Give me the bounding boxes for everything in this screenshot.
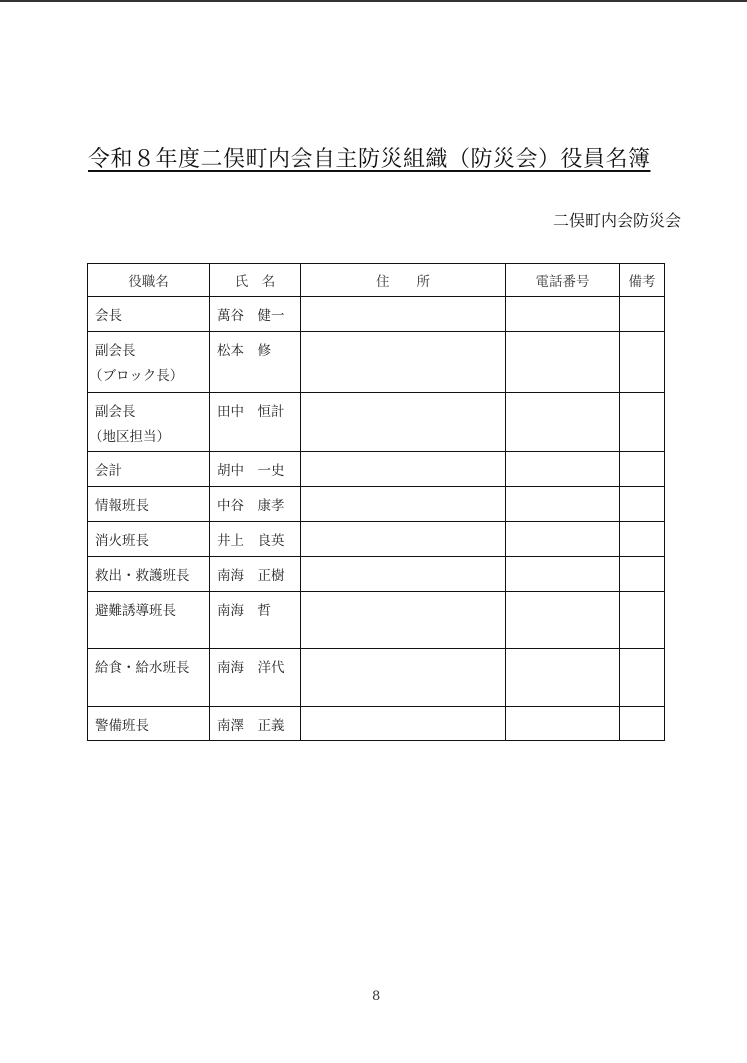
cell-note-text <box>620 332 664 337</box>
cell-phone-text <box>506 592 619 597</box>
cell-role: 会計 <box>88 452 210 487</box>
table-row: 会計胡中 一史 <box>88 452 665 487</box>
cell-note-text <box>620 522 664 527</box>
cell-name: 中谷 康孝 <box>210 487 301 522</box>
table-row: 副会長（ブロック長）松本 修 <box>88 332 665 393</box>
role-label: 警備班長 <box>88 707 209 740</box>
cell-phone <box>506 452 620 487</box>
cell-phone-text <box>506 452 619 457</box>
cell-name-text: 南海 正樹 <box>210 557 300 590</box>
cell-note <box>620 707 665 741</box>
table-row: 会長萬谷 健一 <box>88 297 665 332</box>
cell-name-text: 萬谷 健一 <box>210 297 300 330</box>
role-label: 会長 <box>88 297 209 330</box>
cell-address-text <box>301 297 505 302</box>
cell-note <box>620 522 665 557</box>
cell-role: 副会長（ブロック長） <box>88 332 210 393</box>
cell-address-text <box>301 332 505 337</box>
cell-name-text: 松本 修 <box>210 332 300 365</box>
cell-name-text: 南澤 正義 <box>210 707 300 740</box>
cell-address <box>301 297 506 332</box>
cell-address <box>301 592 506 649</box>
header-address: 住 所 <box>301 264 506 297</box>
cell-address <box>301 522 506 557</box>
role-label: 副会長 <box>88 332 209 365</box>
cell-note <box>620 452 665 487</box>
cell-note-text <box>620 557 664 562</box>
cell-name: 田中 恒計 <box>210 393 301 452</box>
cell-role: 会長 <box>88 297 210 332</box>
cell-name: 南海 洋代 <box>210 649 301 707</box>
cell-note <box>620 649 665 707</box>
cell-address <box>301 557 506 592</box>
role-label: 避難誘導班長 <box>88 592 209 625</box>
table-row: 給食・給水班長南海 洋代 <box>88 649 665 707</box>
cell-address <box>301 332 506 393</box>
cell-phone <box>506 487 620 522</box>
cell-role: 救出・救護班長 <box>88 557 210 592</box>
cell-note-text <box>620 592 664 597</box>
cell-note-text <box>620 393 664 398</box>
role-label: 給食・給水班長 <box>88 649 209 682</box>
cell-address-text <box>301 707 505 712</box>
cell-role: 避難誘導班長 <box>88 592 210 649</box>
role-label: 消火班長 <box>88 522 209 555</box>
cell-address-text <box>301 649 505 654</box>
cell-address-text <box>301 522 505 527</box>
officer-roster-table: 役職名 氏 名 住 所 電話番号 備考 会長萬谷 健一副会長（ブロック長）松本 … <box>87 263 665 741</box>
organization-name: 二俣町内会防災会 <box>553 208 681 231</box>
role-label: 情報班長 <box>88 487 209 520</box>
cell-note-text <box>620 452 664 457</box>
cell-role: 情報班長 <box>88 487 210 522</box>
cell-phone <box>506 649 620 707</box>
cell-phone <box>506 557 620 592</box>
role-label: 会計 <box>88 452 209 485</box>
cell-name: 南海 哲 <box>210 592 301 649</box>
cell-address <box>301 452 506 487</box>
cell-address <box>301 649 506 707</box>
cell-address <box>301 393 506 452</box>
cell-name: 萬谷 健一 <box>210 297 301 332</box>
header-name: 氏 名 <box>210 264 301 297</box>
cell-role: 消火班長 <box>88 522 210 557</box>
cell-name-text: 南海 哲 <box>210 592 300 625</box>
table-row: 救出・救護班長南海 正樹 <box>88 557 665 592</box>
role-label: 副会長 <box>88 393 209 426</box>
cell-phone <box>506 393 620 452</box>
header-phone: 電話番号 <box>506 264 620 297</box>
cell-phone-text <box>506 297 619 302</box>
cell-note-text <box>620 707 664 712</box>
table-row: 消火班長井上 良英 <box>88 522 665 557</box>
cell-address-text <box>301 393 505 398</box>
role-label: 救出・救護班長 <box>88 557 209 590</box>
cell-phone <box>506 522 620 557</box>
cell-name: 井上 良英 <box>210 522 301 557</box>
cell-role: 給食・給水班長 <box>88 649 210 707</box>
cell-address-text <box>301 592 505 597</box>
cell-phone-text <box>506 332 619 337</box>
cell-note <box>620 393 665 452</box>
cell-name-text: 井上 良英 <box>210 522 300 555</box>
cell-name: 胡中 一史 <box>210 452 301 487</box>
cell-phone <box>506 297 620 332</box>
cell-phone-text <box>506 649 619 654</box>
page-number: 8 <box>372 989 380 1004</box>
role-sub-label: （ブロック長） <box>88 365 209 387</box>
cell-name-text: 南海 洋代 <box>210 649 300 682</box>
cell-note-text <box>620 487 664 492</box>
cell-name: 南海 正樹 <box>210 557 301 592</box>
cell-note <box>620 592 665 649</box>
cell-name: 南澤 正義 <box>210 707 301 741</box>
table-row: 警備班長南澤 正義 <box>88 707 665 741</box>
cell-name-text: 胡中 一史 <box>210 452 300 485</box>
cell-address-text <box>301 487 505 492</box>
cell-phone-text <box>506 487 619 492</box>
cell-note <box>620 297 665 332</box>
cell-address <box>301 707 506 741</box>
cell-name-text: 田中 恒計 <box>210 393 300 426</box>
cell-role: 副会長（地区担当） <box>88 393 210 452</box>
role-sub-label: （地区担当） <box>88 426 209 448</box>
cell-role: 警備班長 <box>88 707 210 741</box>
header-role: 役職名 <box>88 264 210 297</box>
table-row: 避難誘導班長南海 哲 <box>88 592 665 649</box>
cell-address <box>301 487 506 522</box>
cell-phone-text <box>506 707 619 712</box>
cell-name: 松本 修 <box>210 332 301 393</box>
cell-note-text <box>620 649 664 654</box>
cell-name-text: 中谷 康孝 <box>210 487 300 520</box>
table-row: 副会長（地区担当）田中 恒計 <box>88 393 665 452</box>
cell-phone <box>506 592 620 649</box>
cell-phone-text <box>506 393 619 398</box>
window-top-border <box>0 0 747 2</box>
cell-note-text <box>620 297 664 302</box>
cell-phone-text <box>506 522 619 527</box>
cell-address-text <box>301 557 505 562</box>
cell-address-text <box>301 452 505 457</box>
cell-phone-text <box>506 557 619 562</box>
cell-note <box>620 332 665 393</box>
cell-phone <box>506 707 620 741</box>
table-header-row: 役職名 氏 名 住 所 電話番号 備考 <box>88 264 665 297</box>
cell-note <box>620 557 665 592</box>
table-row: 情報班長中谷 康孝 <box>88 487 665 522</box>
document-title: 令和８年度二俣町内会自主防災組織（防災会）役員名簿 <box>88 142 668 173</box>
cell-phone <box>506 332 620 393</box>
header-note: 備考 <box>620 264 665 297</box>
cell-note <box>620 487 665 522</box>
